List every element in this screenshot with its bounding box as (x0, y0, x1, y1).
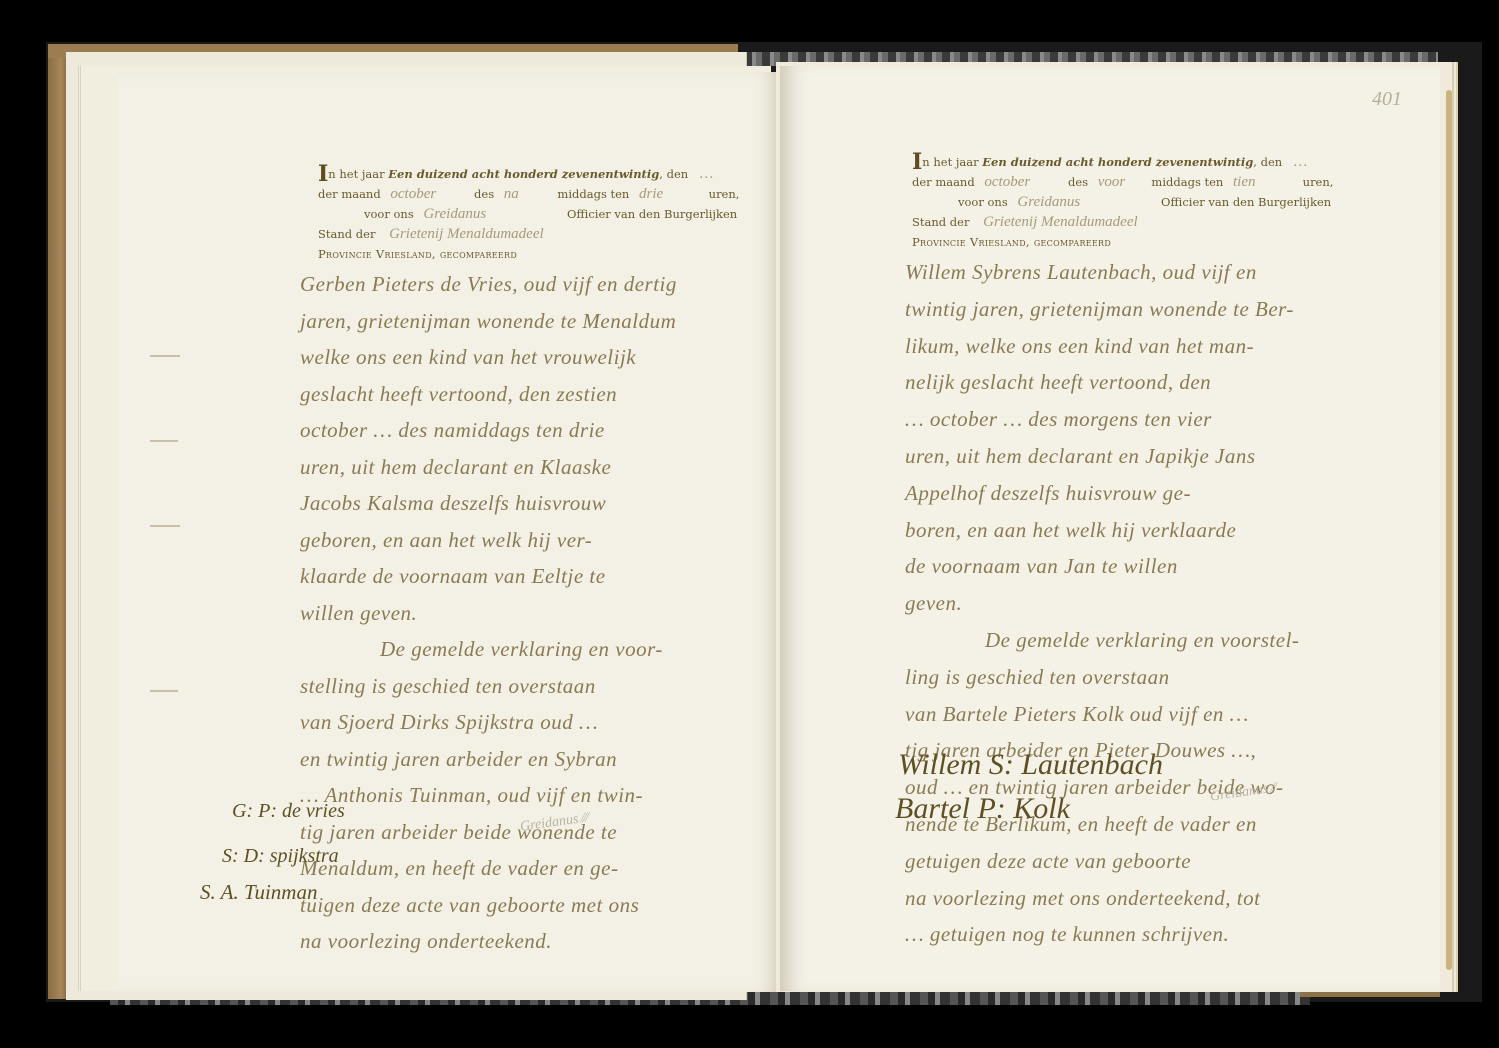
margin-mark (150, 355, 180, 357)
page-number: 401 (1372, 88, 1402, 111)
page-edge-right (1446, 90, 1452, 970)
signature-witness: Bartel P: Kolk (895, 792, 1070, 826)
signature-father: Willem S: Lautenbach (898, 748, 1163, 782)
fill-officer: Greidanus (423, 204, 563, 224)
margin-mark (150, 440, 178, 442)
signature-3: S. A. Tuinman (200, 880, 317, 905)
fill-month: october (390, 184, 470, 204)
fill-ampm: voor (1098, 172, 1148, 192)
fill-officer: Greidanus (1017, 192, 1157, 212)
left-form-header: In het jaar Een duizend acht honderd zev… (318, 164, 738, 264)
fill-municipality: Grietenij Menaldumadeel (389, 224, 544, 244)
fill-hour: tien (1233, 172, 1299, 192)
fill-ampm: na (504, 184, 554, 204)
margin-mark (150, 690, 178, 692)
signature-2: S: D: spijkstra (222, 845, 339, 868)
signature-1: G: P: de vries (232, 800, 345, 823)
left-page-entry: Gerben Pieters de Vries, oud vijf en der… (300, 266, 677, 960)
fill-municipality: Grietenij Menaldumadeel (983, 212, 1138, 232)
margin-mark (150, 525, 180, 527)
fill-month: october (984, 172, 1064, 192)
right-page-entry: Willem Sybrens Lautenbach, oud vijf en t… (905, 254, 1299, 953)
right-form-header: In het jaar Een duizend acht honderd zev… (912, 152, 1332, 252)
fill-hour: drie (639, 184, 705, 204)
fill-day: … (700, 164, 713, 184)
fill-day: … (1294, 152, 1307, 172)
